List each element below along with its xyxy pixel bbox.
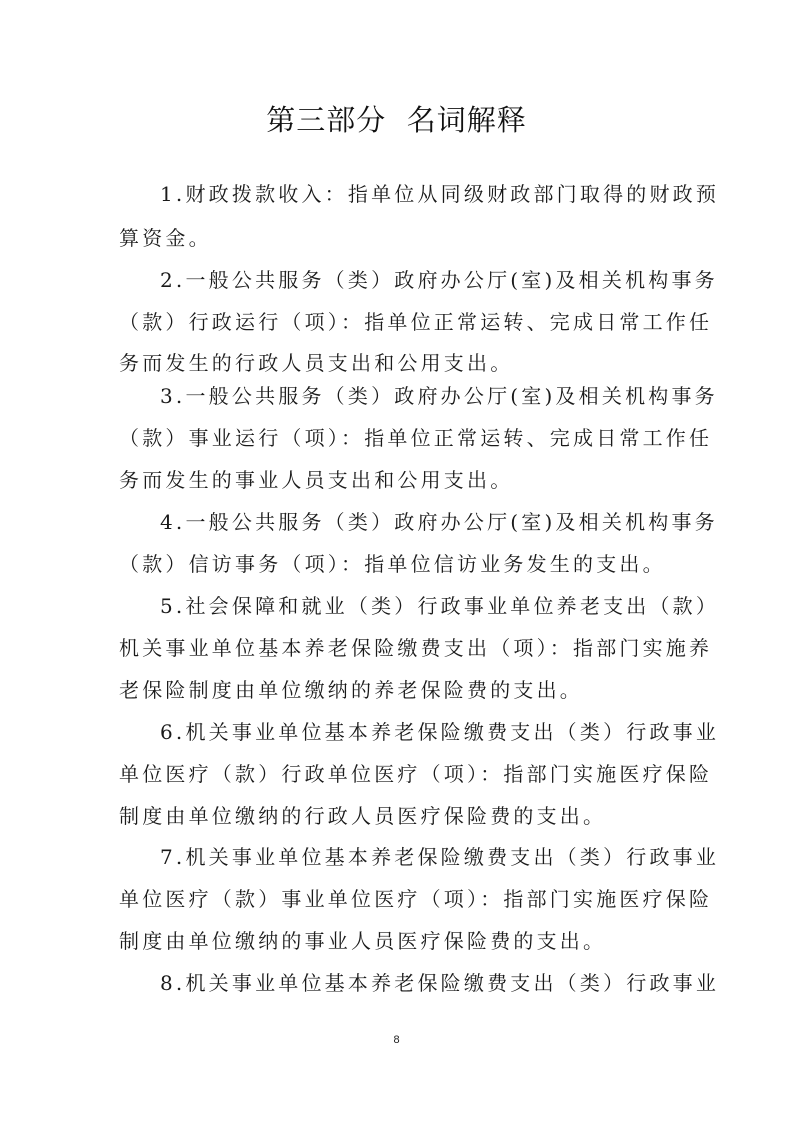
definition-8-line-1: 8.机关事业单位基本养老保险缴费支出（类）行政事业: [160, 971, 719, 995]
definition-2-line-3: 务而发生的行政人员支出和公用支出。: [119, 351, 513, 375]
definition-3-line-2: （款）事业运行（项）：指单位正常运转、完成日常工作任: [119, 426, 712, 450]
definition-5-line-1: 5.社会保障和就业（类）行政事业单位养老支出（款）: [160, 594, 719, 618]
definition-3-line-1: 3.一般公共服务（类）政府办公厅(室)及相关机构事务: [160, 384, 718, 408]
definition-6-line-1: 6.机关事业单位基本养老保险缴费支出（类）行政事业: [160, 720, 719, 744]
definition-2-line-2: （款）行政运行（项）：指单位正常运转、完成日常工作任: [119, 310, 712, 334]
page-title: 第三部分 名词解释: [0, 98, 793, 139]
definition-4-line-2: （款）信访事务（项）：指单位信访业务发生的支出。: [119, 552, 666, 576]
definition-6-line-2: 单位医疗（款）行政单位医疗（项）：指部门实施医疗保险: [119, 762, 712, 786]
definition-4-line-1: 4.一般公共服务（类）政府办公厅(室)及相关机构事务: [160, 510, 718, 534]
definition-7-line-2: 单位医疗（款）事业单位医疗（项）：指部门实施医疗保险: [119, 887, 712, 911]
definition-1-line-1: 1.财政拨款收入：指单位从同级财政部门取得的财政预: [160, 182, 719, 206]
definition-1-line-2: 算资金。: [119, 226, 212, 250]
definition-7-line-1: 7.机关事业单位基本养老保险缴费支出（类）行政事业: [160, 845, 719, 869]
page-number: 8: [0, 1034, 793, 1046]
document-page: 第三部分 名词解释 1.财政拨款收入：指单位从同级财政部门取得的财政预 算资金。…: [0, 0, 793, 1122]
definition-5-line-3: 老保险制度由单位缴纳的养老保险费的支出。: [119, 678, 583, 702]
definition-7-line-3: 制度由单位缴纳的事业人员医疗保险费的支出。: [119, 929, 606, 953]
definition-6-line-3: 制度由单位缴纳的行政人员医疗保险费的支出。: [119, 804, 606, 828]
definition-2-line-1: 2.一般公共服务（类）政府办公厅(室)及相关机构事务: [160, 268, 718, 292]
definition-5-line-2: 机关事业单位基本养老保险缴费支出（项）：指部门实施养: [119, 636, 712, 660]
definition-3-line-3: 务而发生的事业人员支出和公用支出。: [119, 468, 513, 492]
